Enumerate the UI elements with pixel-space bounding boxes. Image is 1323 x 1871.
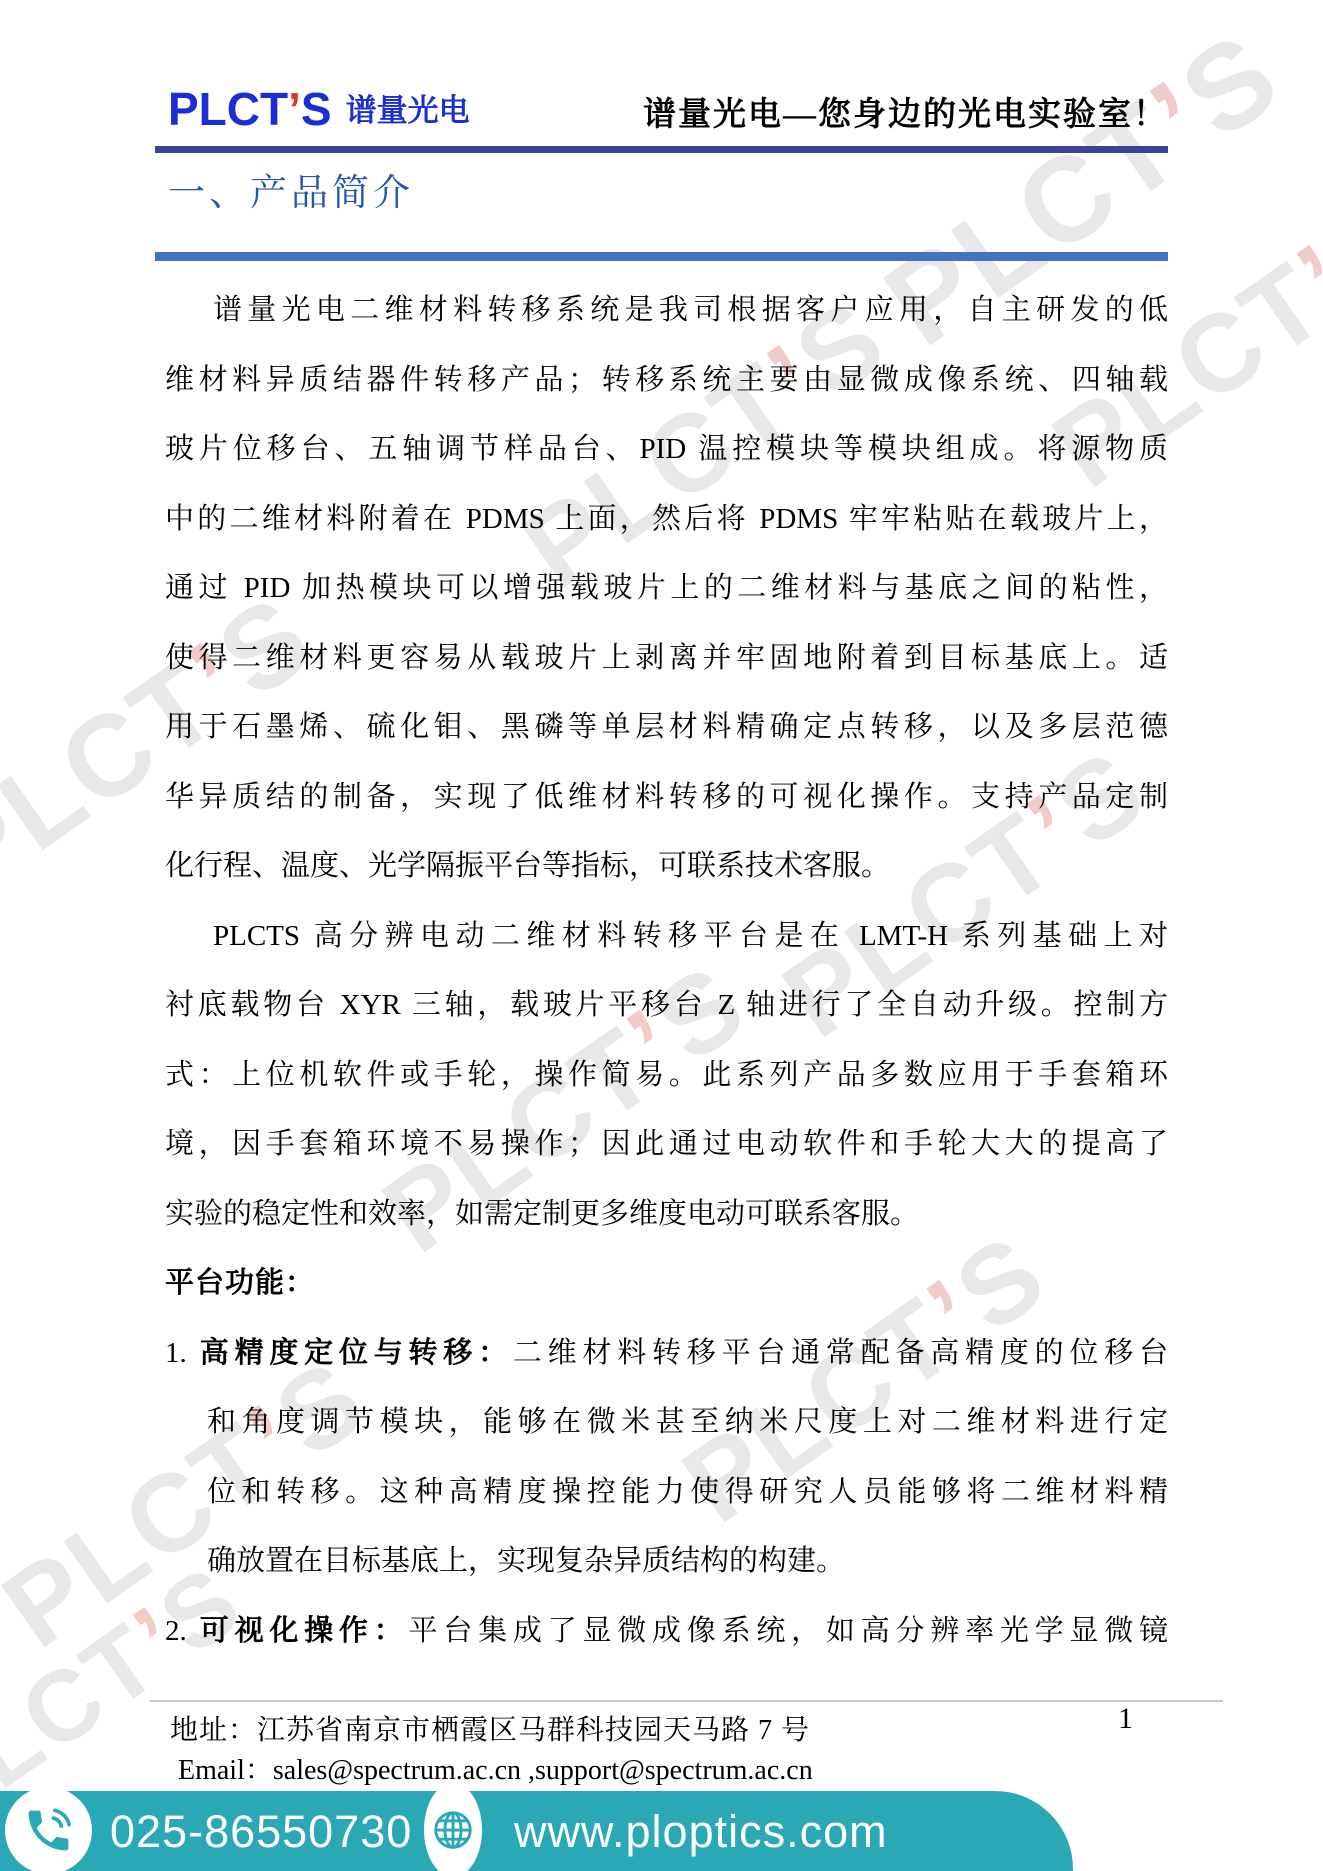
text-line: 2. 可视化操作：平台集成了显微成像系统，如高分辨率光学显微镜 [165, 1597, 1168, 1667]
text-line: 和角度调节模块，能够在微米甚至纳米尺度上对二维材料进行定 [165, 1388, 1168, 1458]
text-line: 化行程、温度、光学隔振平台等指标，可联系技术客服。 [165, 832, 1168, 902]
title-underline-bar [155, 252, 1168, 261]
text-line: 使得二维材料更容易从载玻片上剥离并牢固地附着到目标基底上。适 [165, 624, 1168, 694]
phone-icon [5, 1787, 92, 1871]
feature-item-2: 2. 可视化操作：平台集成了显微成像系统，如高分辨率光学显微镜 [165, 1597, 1168, 1667]
features-heading: 平台功能： [165, 1249, 1168, 1319]
feature-item-1: 1. 高精度定位与转移：二维材料转移平台通常配备高精度的位移台和角度调节模块，能… [165, 1319, 1168, 1597]
website-url: www.ploptics.com [514, 1791, 888, 1871]
document-page: PLCT’S PLCT’S PLCT’S PLCT’S PLCT’S PLCT’… [0, 0, 1323, 1871]
text-line: 位和转移。这种高精度操控能力使得研究人员能够将二维材料精 [165, 1458, 1168, 1528]
text-line: PLCTS 高分辨电动二维材料转移平台是在 LMT-H 系列基础上对 [165, 902, 1168, 972]
document-body: 谱量光电二维材料转移系统是我司根据客户应用，自主研发的低维材料异质结器件转移产品… [165, 276, 1168, 1666]
text-line: 谱量光电二维材料转移系统是我司根据客户应用，自主研发的低 [165, 276, 1168, 346]
text-line: 玻片位移台、五轴调节样品台、PID 温控模块等模块组成。将源物质 [165, 415, 1168, 485]
text-line: 式：上位机软件或手轮，操作简易。此系列产品多数应用于手套箱环 [165, 1041, 1168, 1111]
paragraph-intro: 谱量光电二维材料转移系统是我司根据客户应用，自主研发的低维材料异质结器件转移产品… [165, 276, 1168, 902]
phone-number: 025-86550730 [110, 1791, 412, 1871]
text-line: 用于石墨烯、硫化钼、黑磷等单层材料精确定点转移，以及多层范德 [165, 693, 1168, 763]
text-line: 衬底载物台 XYR 三轴，载玻片平移台 Z 轴进行了全自动升级。控制方 [165, 971, 1168, 1041]
text-line: 实验的稳定性和效率，如需定制更多维度电动可联系客服。 [165, 1180, 1168, 1250]
text-line: 1. 高精度定位与转移：二维材料转移平台通常配备高精度的位移台 [165, 1319, 1168, 1389]
logo-chinese-name: 谱量光电 [346, 93, 470, 128]
text-line: 确放置在目标基底上，实现复杂异质结构的构建。 [165, 1527, 1168, 1597]
text-line: 境，因手套箱环境不易操作；因此通过电动软件和手轮大大的提高了 [165, 1110, 1168, 1180]
company-logo: PLCT’S 谱量光电 [168, 82, 470, 136]
footer-address: 地址：江苏省南京市栖霞区马群科技园天马路 7 号 [170, 1708, 810, 1748]
paragraph-platform: PLCTS 高分辨电动二维材料转移平台是在 LMT-H 系列基础上对衬底载物台 … [165, 902, 1168, 1250]
logo-red-tick: ’ [288, 83, 301, 135]
page-number: 1 [1118, 1702, 1133, 1736]
footer-divider [150, 1700, 1223, 1702]
header-divider [155, 146, 1168, 153]
text-line: 中的二维材料附着在 PDMS 上面，然后将 PDMS 牢牢粘贴在载玻片上， [165, 485, 1168, 555]
contact-bar: 025-86550730 www.ploptics.com [0, 1791, 1073, 1871]
header-slogan: 谱量光电—您身边的光电实验室！ [643, 88, 1168, 135]
text-line: 通过 PID 加热模块可以增强载玻片上的二维材料与基底之间的粘性， [165, 554, 1168, 624]
section-title: 一、产品简介 [168, 162, 414, 216]
footer-email: Email：sales@spectrum.ac.cn ,support@spec… [178, 1748, 813, 1788]
logo-text: PLCT’S [168, 83, 332, 135]
text-line: 华异质结的制备，实现了低维材料转移的可视化操作。支持产品定制 [165, 763, 1168, 833]
globe-icon [424, 1783, 482, 1871]
text-line: 维材料异质结器件转移产品；转移系统主要由显微成像系统、四轴载 [165, 346, 1168, 416]
